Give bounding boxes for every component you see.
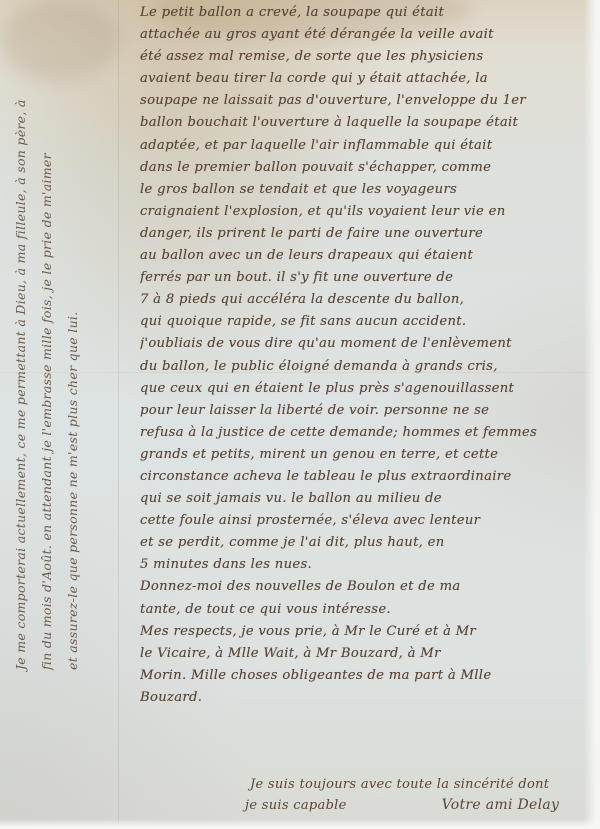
letter-line: circonstance acheva le tableau le plus e… xyxy=(140,466,580,488)
letter-line: cette foule ainsi prosternée, s'éleva av… xyxy=(140,510,580,532)
closing-line-row: je suis capable Votre ami Delay xyxy=(140,795,580,816)
letter-line: ballon bouchait l'ouverture à laquelle l… xyxy=(140,112,580,134)
letter-line: dans le premier ballon pouvait s'échappe… xyxy=(140,157,580,179)
paper-fold-vertical xyxy=(118,0,119,829)
letter-line: avaient beau tirer la corde qui y était … xyxy=(140,68,580,90)
letter-line: 5 minutes dans les nues. xyxy=(140,554,580,576)
letter-line: le Vicaire, à Mlle Wait, à Mr Bouzard, à… xyxy=(140,643,580,665)
letter-line: que ceux qui en étaient le plus près s'a… xyxy=(140,378,580,400)
margin-note-line: fin du mois d'Août. en attendant je l'em… xyxy=(34,20,60,820)
letter-line: ferrés par un bout. il s'y fit une ouver… xyxy=(140,267,580,289)
paper-edge-right xyxy=(584,0,600,829)
letter-line: danger, ils prirent le parti de faire un… xyxy=(140,223,580,245)
scanned-letter-page: Le petit ballon a crevé, la soupape qui … xyxy=(0,0,600,829)
letter-line: du ballon, le public éloigné demanda à g… xyxy=(140,356,580,378)
letter-line: craignaient l'explosion, et qu'ils voyai… xyxy=(140,201,580,223)
letter-line: Morin. Mille choses obligeantes de ma pa… xyxy=(140,665,580,687)
closing-line: je suis capable xyxy=(245,795,347,816)
signature: Delay xyxy=(518,797,560,813)
paper-edge-bottom xyxy=(0,819,600,829)
margin-note-line: et assurez-le que personne ne m'est plus… xyxy=(60,20,86,820)
letter-body: Le petit ballon a crevé, la soupape qui … xyxy=(140,2,580,709)
letter-line: Le petit ballon a crevé, la soupape qui … xyxy=(140,2,580,24)
letter-line: grands et petits, mirent un genou en ter… xyxy=(140,444,580,466)
letter-line: 7 à 8 pieds qui accéléra la descente du … xyxy=(140,289,580,311)
letter-line: pour leur laisser la liberté de voir. pe… xyxy=(140,400,580,422)
letter-line: qui quoique rapide, se fit sans aucun ac… xyxy=(140,311,580,333)
letter-line: refusa à la justice de cette demande; ho… xyxy=(140,422,580,444)
letter-line: été assez mal remise, de sorte que les p… xyxy=(140,46,580,68)
letter-line: Mes respects, je vous prie, à Mr le Curé… xyxy=(140,621,580,643)
letter-line: Donnez-moi des nouvelles de Boulon et de… xyxy=(140,576,580,598)
letter-line: adaptée, et par laquelle l'air inflammab… xyxy=(140,135,580,157)
closing-line: Je suis toujours avec toute la sincérité… xyxy=(140,774,580,795)
letter-line: et se perdit, comme je l'ai dit, plus ha… xyxy=(140,532,580,554)
letter-line: tante, de tout ce qui vous intéresse. xyxy=(140,599,580,621)
margin-note-rotated: Je me comporterai actuellement, ce me pe… xyxy=(8,20,86,820)
signoff-and-signature: Votre ami Delay xyxy=(442,795,560,816)
letter-line: le gros ballon se tendait et que les voy… xyxy=(140,179,580,201)
letter-line: attachée au gros ayant été dérangée la v… xyxy=(140,24,580,46)
letter-line: au ballon avec un de leurs drapeaux qui … xyxy=(140,245,580,267)
letter-line: j'oubliais de vous dire qu'au moment de … xyxy=(140,333,580,355)
letter-line: qui se soit jamais vu. le ballon au mili… xyxy=(140,488,580,510)
letter-line: soupape ne laissait pas d'ouverture, l'e… xyxy=(140,90,580,112)
letter-closing: Je suis toujours avec toute la sincérité… xyxy=(140,774,580,816)
margin-note-line: Je me comporterai actuellement, ce me pe… xyxy=(8,20,34,820)
letter-line: Bouzard. xyxy=(140,687,580,709)
signoff: Votre ami xyxy=(442,797,513,813)
